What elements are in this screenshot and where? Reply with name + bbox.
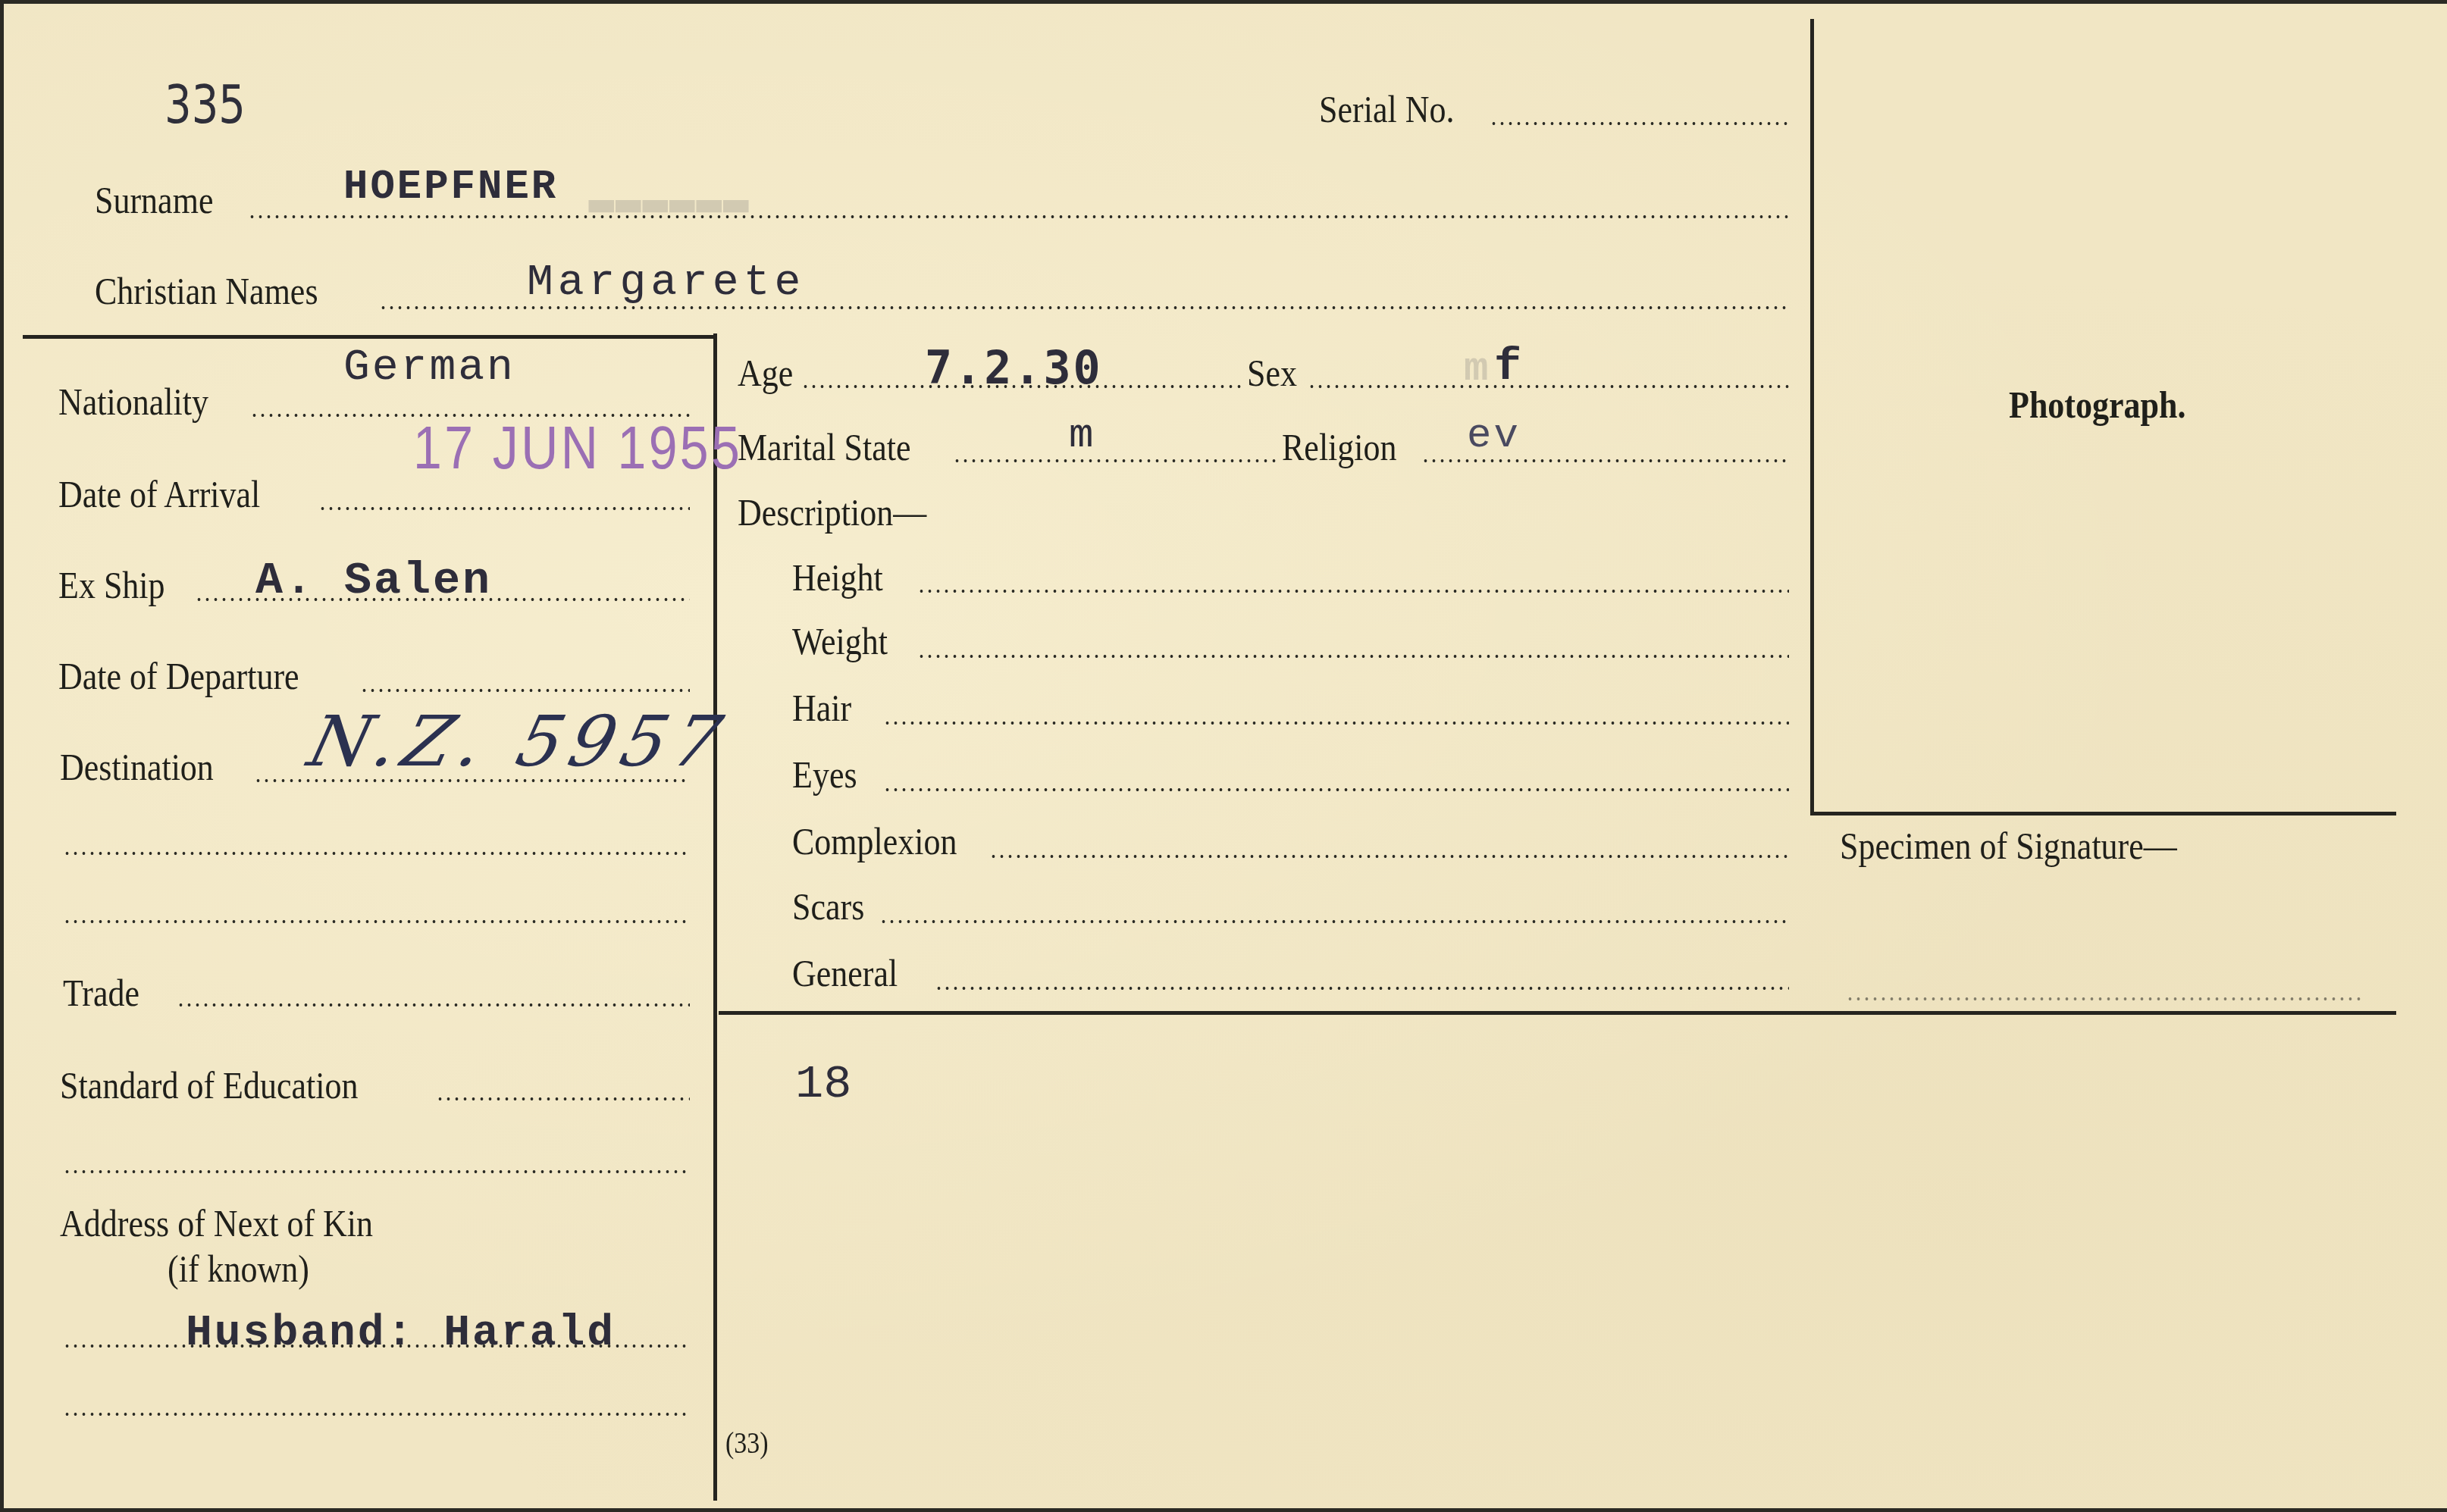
description-bottom-rule: [719, 1011, 2396, 1015]
registration-card: 335 Serial No. Surname HOEPFNER ▂▂▂▂▂▂ C…: [4, 4, 2447, 1508]
photo-box-left-rule: [1810, 19, 1814, 815]
trade-label: Trade: [63, 971, 139, 1015]
bottom-number: 18: [795, 1057, 851, 1111]
next-of-kin-label: Address of Next of Kin: [60, 1201, 373, 1245]
form-number: (33): [725, 1425, 769, 1460]
blank-line-2[interactable]: [63, 919, 690, 924]
hair-field[interactable]: [883, 721, 1789, 725]
next-of-kin-value: Husband: Harald: [186, 1309, 616, 1358]
sex-erased-value: m: [1464, 346, 1490, 393]
height-label: Height: [792, 556, 883, 599]
scars-field[interactable]: [879, 919, 1789, 924]
arrival-date-stamp: 17 JUN 1955: [413, 413, 742, 483]
description-heading: Description—: [738, 490, 926, 534]
trade-field[interactable]: [177, 1003, 690, 1007]
age-label: Age: [738, 351, 793, 395]
next-of-kin-sublabel: (if known): [168, 1247, 309, 1291]
signature-label: Specimen of Signature—: [1840, 824, 2177, 868]
marital-state-field[interactable]: [953, 459, 1280, 463]
standard-of-education-field[interactable]: [436, 1097, 690, 1101]
sex-label: Sex: [1247, 351, 1297, 395]
complexion-field[interactable]: [989, 854, 1789, 859]
nationality-value: German: [343, 343, 515, 393]
sex-field[interactable]: [1308, 384, 1789, 389]
surname-label: Surname: [95, 178, 213, 222]
photo-box-bottom-rule: [1810, 812, 2396, 815]
eyes-field[interactable]: [883, 787, 1789, 792]
surname-value: HOEPFNER: [343, 164, 558, 211]
date-of-arrival-label: Date of Arrival: [58, 472, 260, 516]
scars-label: Scars: [792, 884, 864, 928]
destination-label: Destination: [60, 745, 214, 789]
christian-names-label: Christian Names: [95, 269, 318, 313]
left-column-divider: [713, 333, 717, 1501]
blank-line-1[interactable]: [63, 851, 690, 856]
index-number: 335: [164, 74, 246, 136]
marital-state-label: Marital State: [738, 425, 910, 469]
sex-value: f: [1494, 342, 1524, 393]
ex-ship-value: A. Salen: [255, 556, 492, 607]
ex-ship-label: Ex Ship: [58, 563, 165, 607]
complexion-label: Complexion: [792, 819, 957, 863]
date-of-arrival-field[interactable]: [318, 506, 690, 511]
religion-label: Religion: [1282, 425, 1397, 469]
date-of-departure-label: Date of Departure: [58, 654, 299, 698]
marital-state-value: m: [1069, 413, 1095, 459]
left-top-rule: [23, 335, 717, 339]
hair-label: Hair: [792, 686, 851, 730]
religion-value: ev: [1467, 413, 1521, 459]
christian-names-value: Margarete: [527, 258, 805, 308]
standard-of-education-label: Standard of Education: [60, 1063, 358, 1107]
blank-line-4[interactable]: [63, 1412, 690, 1417]
general-label: General: [792, 951, 898, 995]
date-of-departure-field[interactable]: [360, 688, 690, 693]
serial-no-field[interactable]: [1490, 121, 1789, 126]
weight-field[interactable]: [917, 654, 1789, 659]
surname-field[interactable]: [248, 214, 1789, 219]
destination-value: N.Z. 5957: [301, 701, 737, 782]
photograph-area[interactable]: [1817, 19, 2393, 810]
erased-surname-remnant: ▂▂▂▂▂▂: [589, 164, 750, 215]
destination-field[interactable]: [254, 778, 690, 783]
height-field[interactable]: [917, 589, 1789, 593]
signature-field[interactable]: [1846, 997, 2361, 1001]
general-field[interactable]: [935, 986, 1789, 991]
weight-label: Weight: [792, 619, 888, 663]
age-value: 7.2.30: [925, 342, 1103, 395]
blank-line-3[interactable]: [63, 1169, 690, 1174]
nationality-label: Nationality: [58, 380, 208, 424]
serial-no-label: Serial No.: [1319, 87, 1454, 131]
eyes-label: Eyes: [792, 753, 857, 797]
